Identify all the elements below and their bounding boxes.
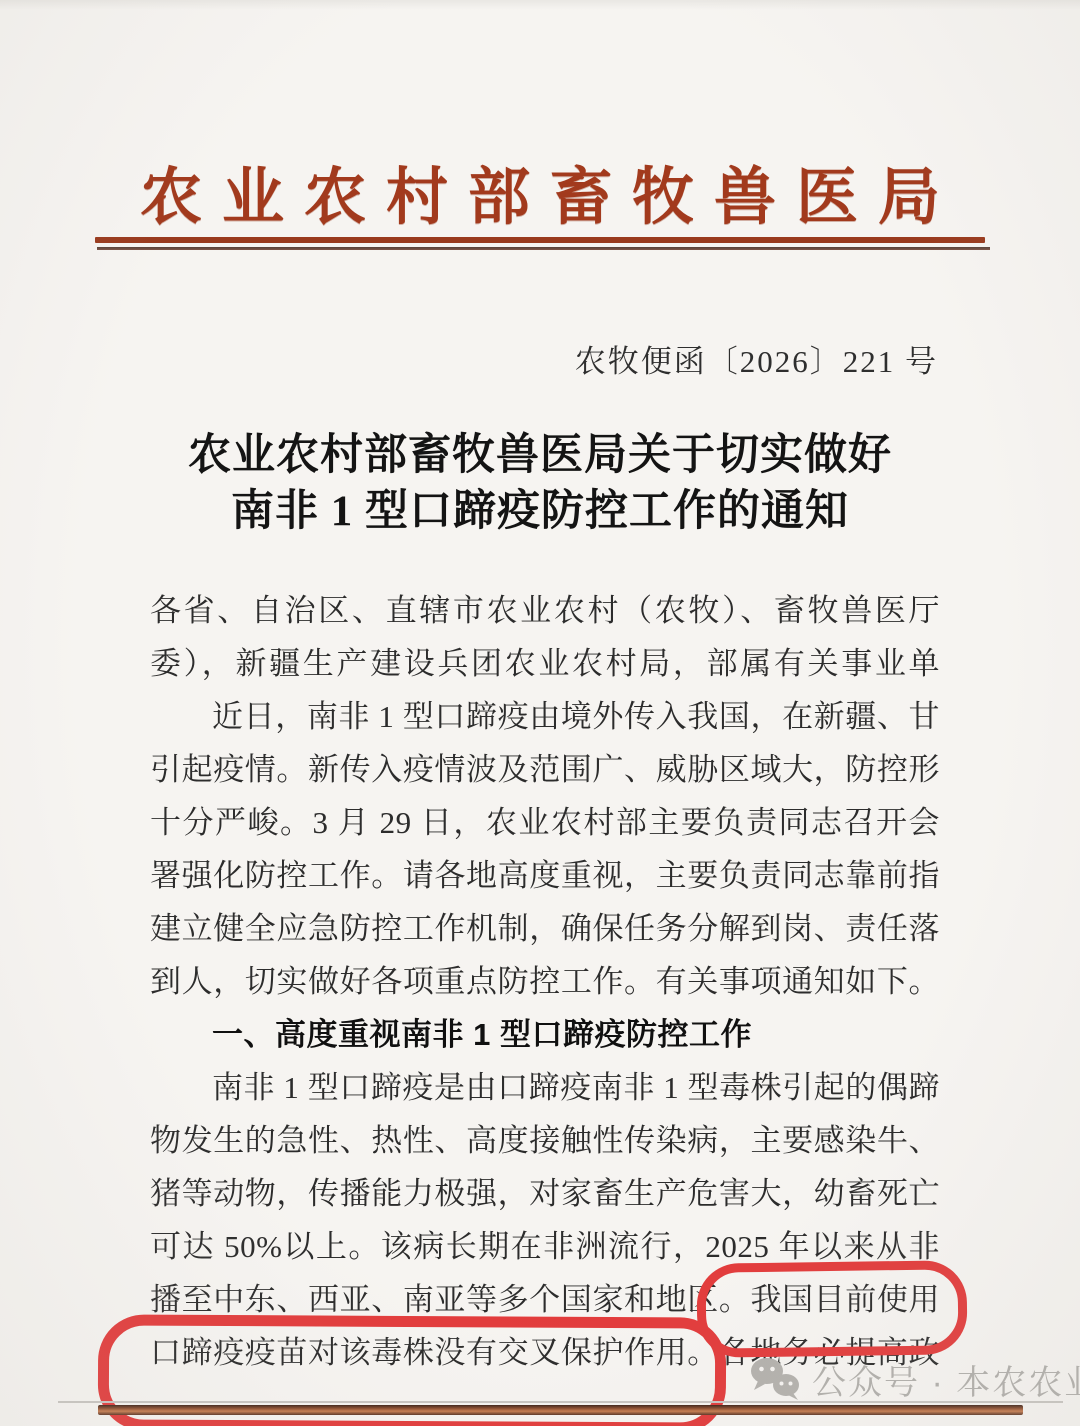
document-page: 农业农村部畜牧兽医局 农牧便函〔2026〕221 号 农业农村部畜牧兽医局关于切… [0, 0, 1080, 1426]
document-title-line2: 南非 1 型口蹄疫防控工作的通知 [0, 484, 1080, 540]
body-line: 近日，南非 1 型口蹄疫由境外传入我国，在新疆、甘肃 [150, 690, 940, 743]
watermark-label: 公众号 · 本农农业 [812, 1355, 1080, 1404]
body-line: 各省、自治区、直辖市农业农村（农牧）、畜牧兽医厅（局、 [150, 584, 940, 637]
body-line: 建立健全应急防控工作机制，确保任务分解到岗、责任落实 [150, 902, 940, 955]
letterhead-agency-name: 农业农村部畜牧兽医局 [0, 162, 1080, 234]
body-line: 引起疫情。新传入疫情波及范围广、威胁区域大，防控形势 [150, 743, 940, 796]
body-line: 物发生的急性、热性、高度接触性传染病，主要感染牛、羊、 [150, 1114, 940, 1167]
body-section-heading: 一、高度重视南非 1 型口蹄疫防控工作 [150, 1008, 940, 1061]
document-title: 农业农村部畜牧兽医局关于切实做好 南非 1 型口蹄疫防控工作的通知 [0, 428, 1080, 540]
body-line: 到人，切实做好各项重点防控工作。有关事项通知如下。 [150, 955, 940, 1008]
document-body: 各省、自治区、直辖市农业农村（农牧）、畜牧兽医厅（局、 委），新疆生产建设兵团农… [150, 584, 940, 1379]
letterhead-rule-thin [97, 247, 990, 250]
wechat-icon [750, 1357, 802, 1401]
body-line: 署强化防控工作。请各地高度重视，主要负责同志靠前指挥， [150, 849, 940, 902]
watermark: 公众号 · 本农农业 [750, 1356, 1080, 1402]
document-title-line1: 农业农村部畜牧兽医局关于切实做好 [0, 428, 1080, 484]
body-line: 委），新疆生产建设兵团农业农村局，部属有关事业单位： [150, 637, 940, 690]
document-number: 农牧便函〔2026〕221 号 [575, 336, 938, 381]
body-line: 十分严峻。3 月 29 日，农业农村部主要负责同志召开会议部 [150, 796, 940, 849]
body-line: 猪等动物，传播能力极强，对家畜生产危害大，幼畜死亡率 [150, 1167, 940, 1220]
letterhead-rule-thick [95, 237, 985, 243]
body-line: 南非 1 型口蹄疫是由口蹄疫南非 1 型毒株引起的偶蹄动 [150, 1061, 940, 1114]
page-bottom-edge [98, 1405, 1023, 1415]
highlight-circle-1 [696, 1260, 967, 1358]
